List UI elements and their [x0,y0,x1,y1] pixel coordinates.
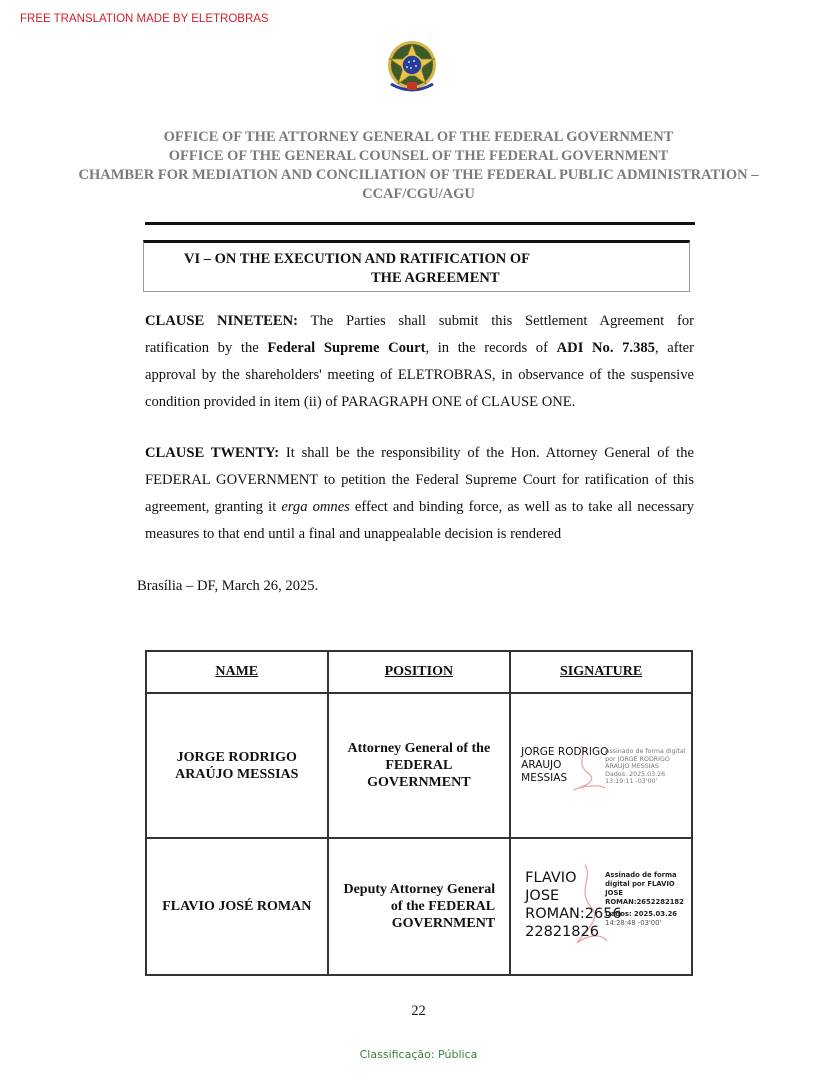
clause-nineteen: CLAUSE NINETEEN: The Parties shall submi… [145,308,694,416]
digital-signature[interactable]: JORGE RODRIGO ARAUJO MESSIAS Assinado de… [510,693,692,838]
clause-line: measures to that end until a final and u… [145,521,694,548]
position-line: Deputy Attorney General [329,881,496,898]
header-line: OFFICE OF THE ATTORNEY GENERAL OF THE FE… [0,128,837,147]
section-heading-box: VI – ON THE EXECUTION AND RATIFICATION O… [143,240,690,292]
brazil-coat-of-arms-icon [383,38,441,102]
name-line: FLAVIO JOSÉ ROMAN [147,898,327,915]
place-and-date: Brasília – DF, March 26, 2025. [137,578,318,595]
clause-line: CLAUSE TWENTY: It shall be the responsib… [145,440,694,467]
column-header-position: POSITION [328,651,511,693]
table-row: FLAVIO JOSÉ ROMAN Deputy Attorney Genera… [146,838,692,975]
signer-position: Attorney General of the FEDERAL GOVERNME… [328,693,511,838]
signer-name-stamp: JORGE RODRIGO ARAUJO MESSIAS [521,746,608,785]
classification-label: Classificação: Pública [0,1048,837,1061]
clause-line: condition provided in item (ii) of PARAG… [145,389,694,416]
signer-name: FLAVIO JOSÉ ROMAN [146,838,328,975]
section-title-line: THE AGREEMENT [371,269,500,288]
digital-signature[interactable]: FLAVIO JOSE ROMAN:2656 22821826 Assinado… [510,838,692,975]
table-row: JORGE RODRIGO ARAÚJO MESSIAS Attorney Ge… [146,693,692,838]
clause-line: CLAUSE NINETEEN: The Parties shall submi… [145,308,694,335]
column-header-signature: SIGNATURE [510,651,692,693]
name-line: ARAÚJO MESSIAS [147,766,327,783]
table-header-row: NAME POSITION SIGNATURE [146,651,692,693]
clause-line: approval by the shareholders' meeting of… [145,362,694,389]
signature-details: Assinado de forma digital por FLAVIO JOS… [605,871,684,928]
clause-line: agreement, granting it erga omnes effect… [145,494,694,521]
clause-line: ratification by the Federal Supreme Cour… [145,335,694,362]
header-rule [145,222,695,225]
clause-twenty: CLAUSE TWENTY: It shall be the responsib… [145,440,694,548]
column-header-name: NAME [146,651,328,693]
position-line: Attorney General of the [329,740,510,757]
signer-name: JORGE RODRIGO ARAÚJO MESSIAS [146,693,328,838]
position-line: GOVERNMENT [329,915,496,932]
position-line: of the FEDERAL [329,898,496,915]
signer-position: Deputy Attorney General of the FEDERAL G… [328,838,511,975]
section-title-line: VI – ON THE EXECUTION AND RATIFICATION O… [184,250,530,269]
position-line: GOVERNMENT [329,774,510,791]
signature-table: NAME POSITION SIGNATURE JORGE RODRIGO AR… [145,650,693,976]
signature-details: Assinado de forma digital por JORGE RODR… [605,748,685,786]
page-number: 22 [0,1003,837,1020]
position-line: FEDERAL [329,757,510,774]
header-line: CCAF/CGU/AGU [0,185,837,204]
issuing-office-header: OFFICE OF THE ATTORNEY GENERAL OF THE FE… [0,128,837,204]
clause-line: FEDERAL GOVERNMENT to petition the Feder… [145,467,694,494]
header-line: CHAMBER FOR MEDIATION AND CONCILIATION O… [0,166,837,185]
translation-watermark: FREE TRANSLATION MADE BY ELETROBRAS [20,13,269,25]
name-line: JORGE RODRIGO [147,749,327,766]
header-line: OFFICE OF THE GENERAL COUNSEL OF THE FED… [0,147,837,166]
